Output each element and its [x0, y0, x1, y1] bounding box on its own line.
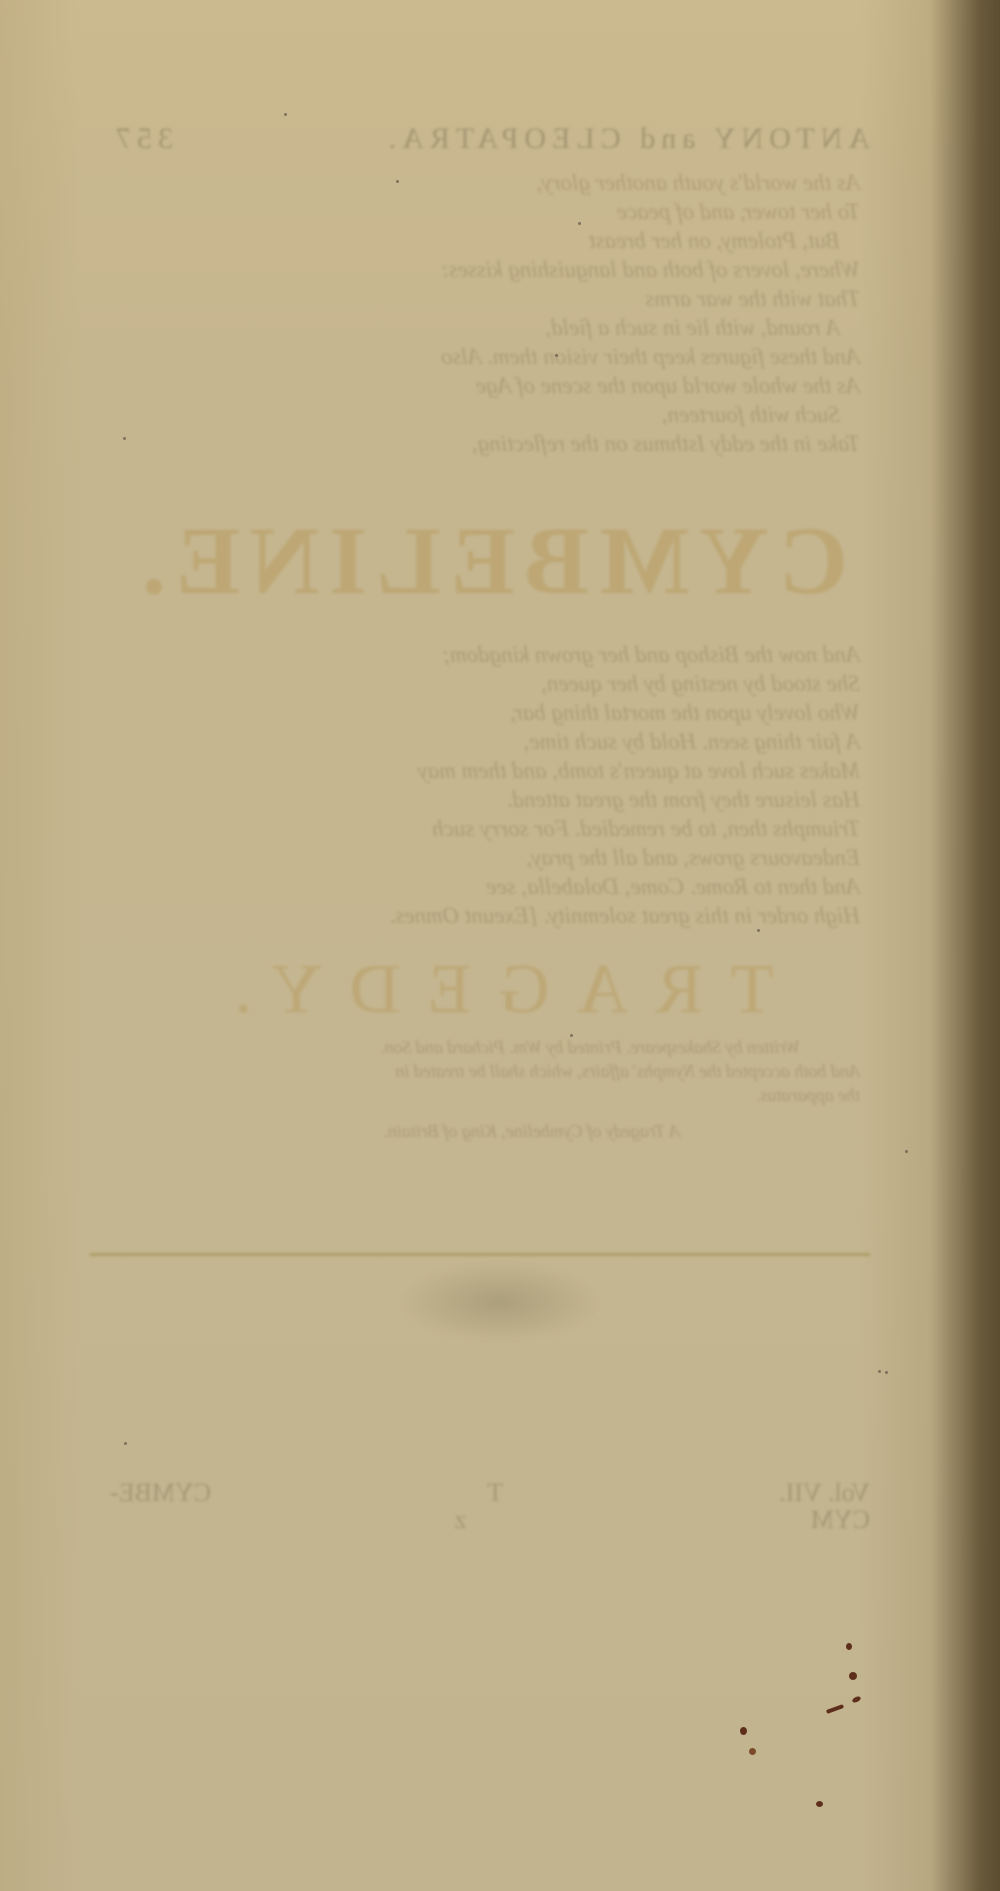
subtitle-line: Written by Shakespeare. Printed by Wm. P… [100, 1035, 860, 1059]
verse-line: Such with fourteen, [100, 400, 860, 429]
catchword-center: T [487, 1478, 503, 1508]
book-page: ANTONY and CLEOPATRA. 357 As the world's… [0, 0, 1000, 1891]
speck [124, 1442, 127, 1445]
catchword-right: CYMBE- [110, 1478, 211, 1508]
subtitle-line: A Tragedy of Cymbeline, King of Britain. [100, 1119, 860, 1143]
speck [878, 1370, 881, 1373]
verse-line: High order in this great solemnity. [Exe… [100, 901, 860, 930]
verse-line: Makes such love at queen's tomb, and the… [100, 756, 860, 785]
catchword-left: Vol. VII. [779, 1478, 870, 1508]
verse-line: And these figures keep their vision them… [100, 342, 860, 371]
verse-line: Who lovely upon the mortal thing bar, [100, 698, 860, 727]
subtitle-line: the apparatus. [100, 1083, 860, 1107]
foxing-spot [816, 1801, 823, 1807]
subtitle-line: And both accepted the Nymphs' affairs, w… [100, 1059, 860, 1083]
verse-line: And now the Bishop and her grown kingdom… [100, 640, 860, 669]
foxing-spot [740, 1727, 747, 1735]
running-head-title: ANTONY and CLEOPATRA. [383, 122, 870, 156]
catchword-row-2: CYM z [110, 1505, 870, 1535]
ornament-icon [400, 1262, 600, 1342]
verse-line: But, Ptolemy, on her breast [100, 226, 860, 255]
foxing-spot [849, 1672, 857, 1680]
verse-block-top: As the world's youth another glory, To h… [100, 168, 860, 458]
speck [905, 1150, 908, 1153]
speck [284, 113, 287, 116]
verse-line: As the world's youth another glory, [100, 168, 860, 197]
foxing-spot [749, 1748, 756, 1755]
speck [578, 222, 581, 225]
verse-line: Triumphs then, to be remedied. For sorry… [100, 814, 860, 843]
verse-line: That with the war arms [100, 284, 860, 313]
speck [123, 437, 126, 440]
verse-line: Has leisure they from the great attend. [100, 785, 860, 814]
verse-line: Endeavours grows, and all the pray, [100, 843, 860, 872]
foxing-spot [846, 1643, 852, 1650]
mid-title: TRAGEDY. [90, 950, 890, 1030]
verse-line: And then to Rome. Come, Dolabella, see [100, 872, 860, 901]
verse-line: A fair thing seen. Hold by such time, [100, 727, 860, 756]
speck [555, 354, 558, 357]
subtitle-block: Written by Shakespeare. Printed by Wm. P… [100, 1035, 860, 1143]
catchword-center-2: z [455, 1505, 467, 1535]
verse-block-bottom: And now the Bishop and her grown kingdom… [100, 640, 860, 930]
horizontal-rule [90, 1253, 870, 1256]
verse-line: A round, with lie in such a field, [100, 313, 860, 342]
verse-line: She stood by nesting by her queen, [100, 669, 860, 698]
verse-line: Where, lovers of both and languishing ki… [100, 255, 860, 284]
speck [757, 929, 760, 932]
speck [885, 1371, 888, 1374]
speck [570, 1034, 573, 1037]
catchword-row-1: Vol. VII. T CYMBE- [110, 1478, 870, 1508]
page-number: 357 [110, 122, 173, 156]
show-through-text: ANTONY and CLEOPATRA. 357 As the world's… [0, 0, 1000, 1891]
running-head: ANTONY and CLEOPATRA. 357 [110, 122, 870, 156]
verse-line: Take in the eddy Isthmus on the reflecti… [100, 429, 860, 458]
verse-line: As the whole world upon the scene of Age [100, 371, 860, 400]
speck [396, 180, 399, 183]
catchword-left-2: CYM [811, 1505, 870, 1535]
big-title: CYMBELINE. [90, 505, 890, 616]
verse-line: To her tower, and of peace [100, 197, 860, 226]
